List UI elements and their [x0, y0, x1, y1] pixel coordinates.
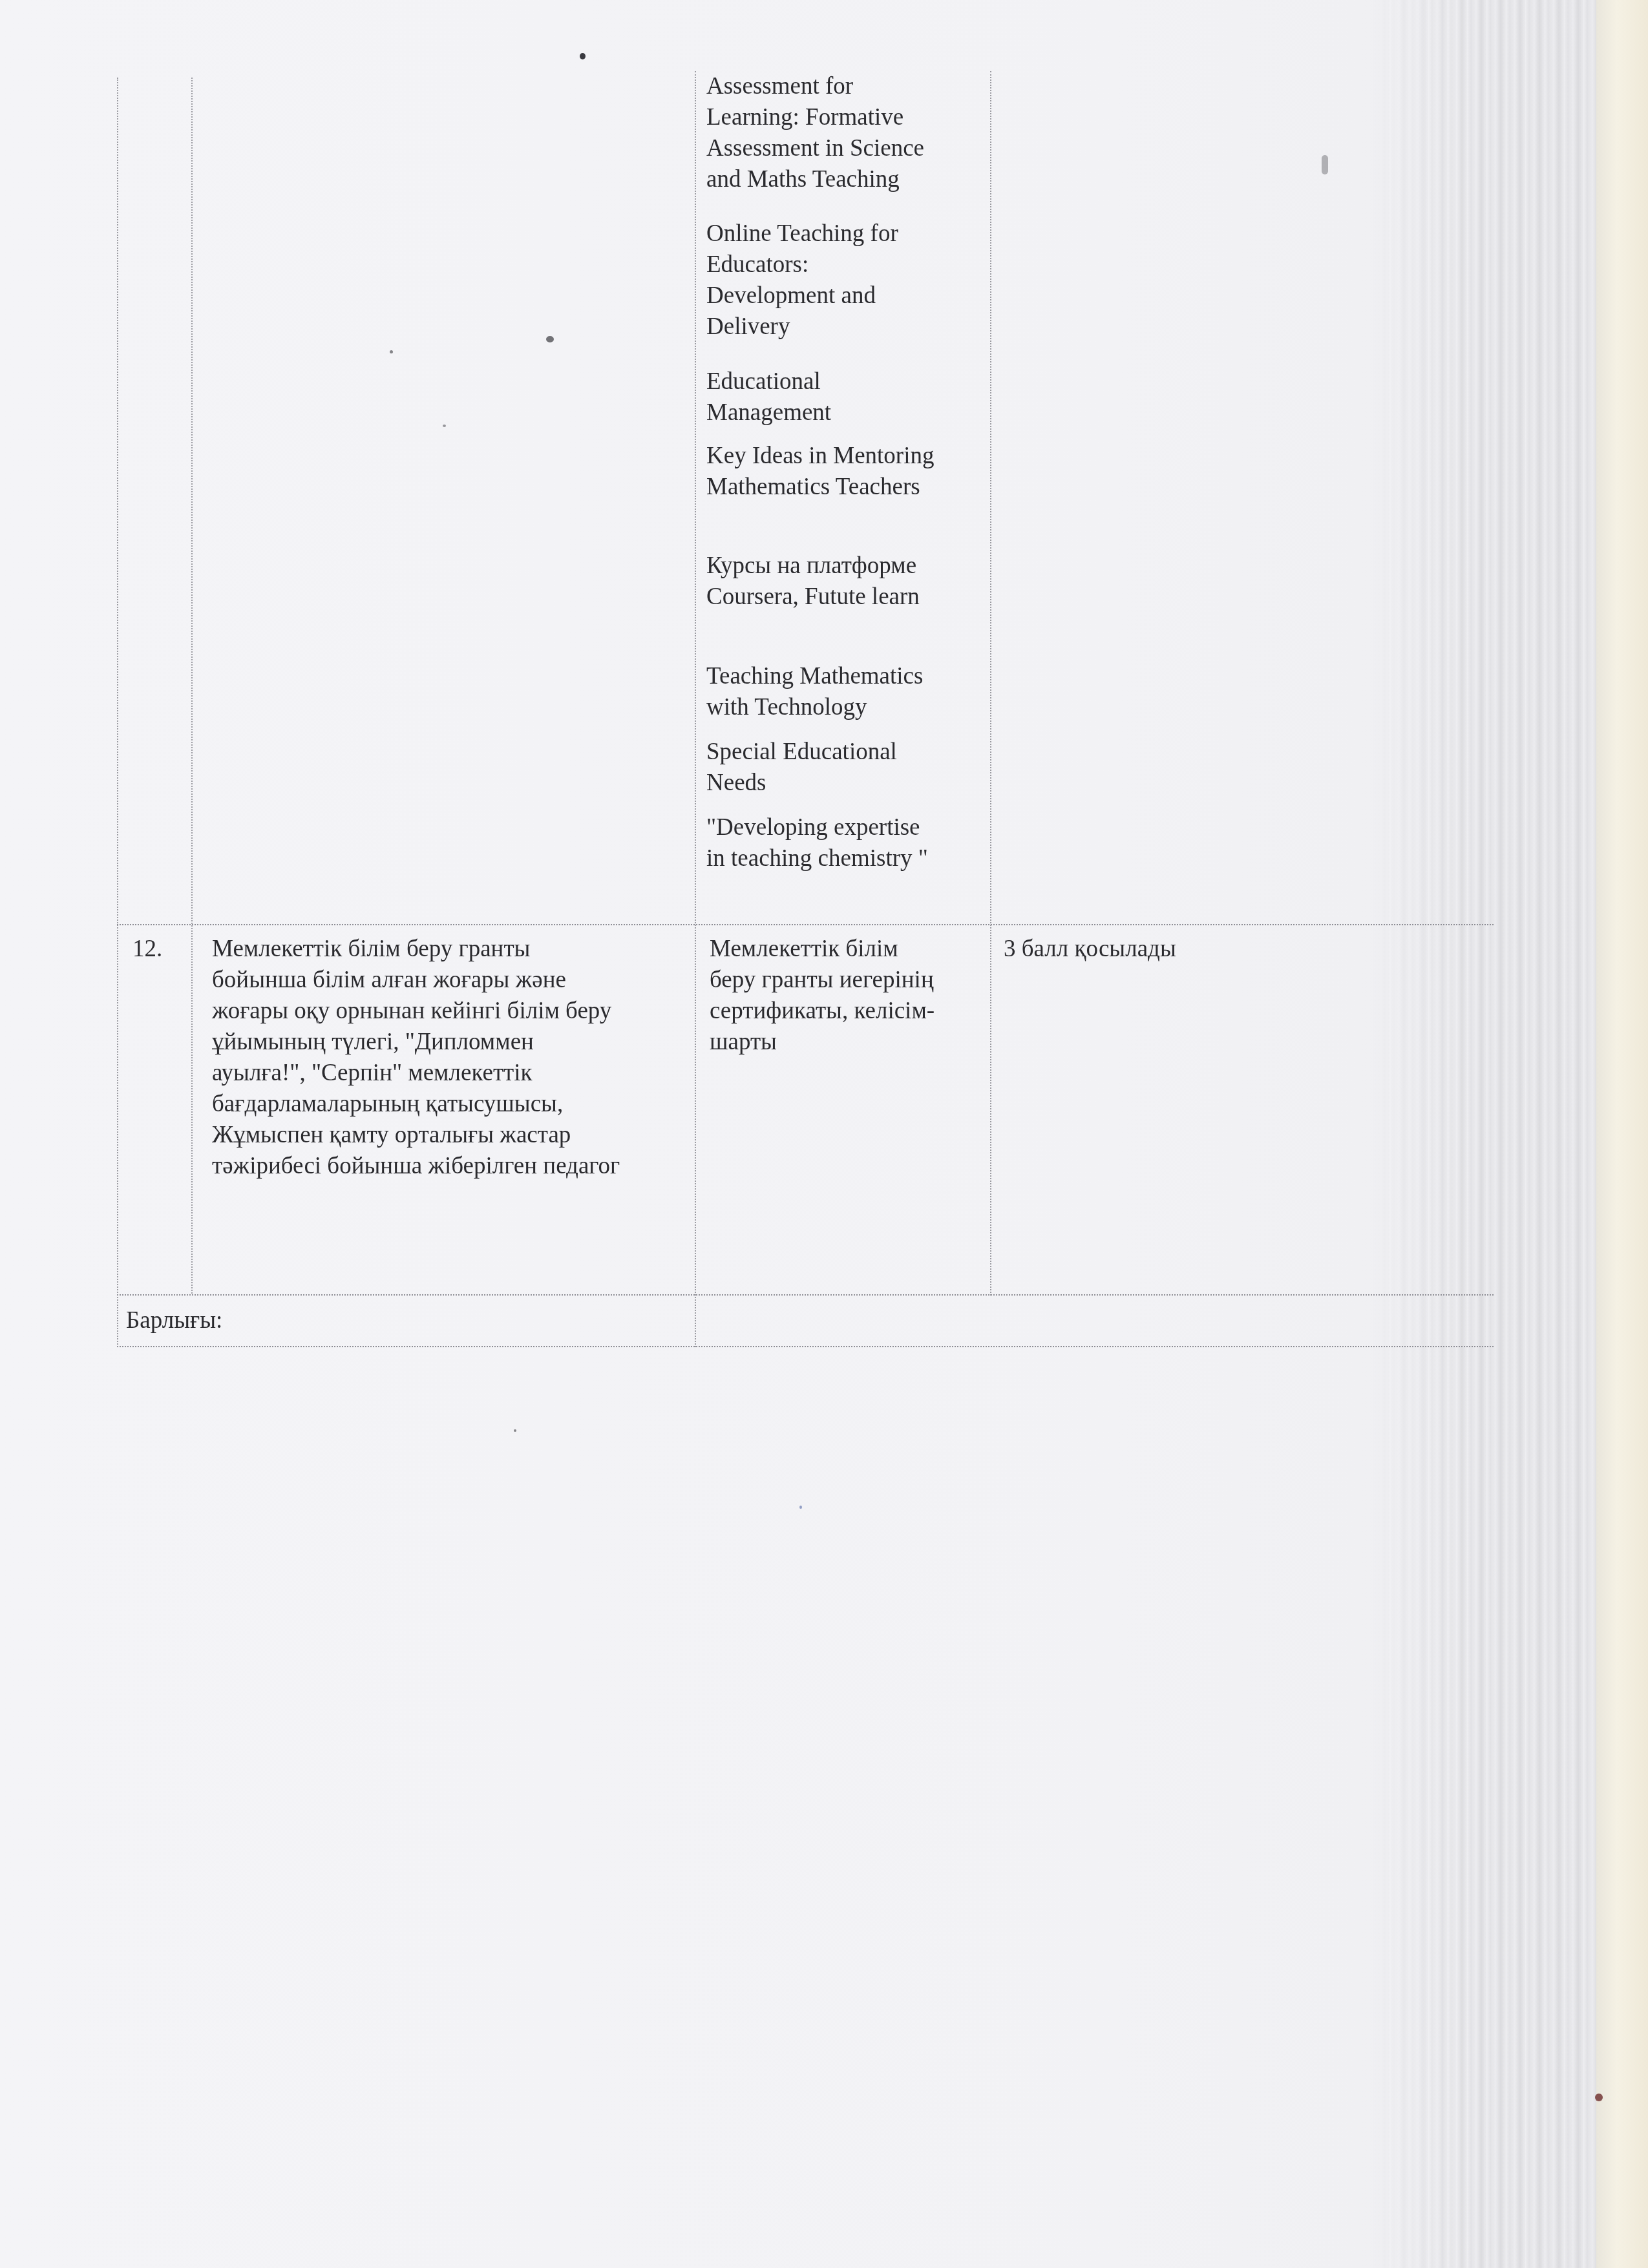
course-item: Курсы на платформе Coursera, Futute lear… — [706, 551, 920, 613]
criterion-text: Мемлекеттік білім беру гранты бойынша бі… — [212, 934, 690, 1182]
points-text: 3 балл қосылады — [1004, 934, 1176, 965]
evidence-text: Мемлекеттік білім беру гранты иегерінің … — [710, 934, 988, 1058]
course-item: "Developing expertise in teaching chemis… — [706, 812, 928, 874]
course-item: Online Teaching for Educators: Developme… — [706, 218, 898, 342]
total-label: Барлығы: — [126, 1305, 222, 1336]
row-number: 12. — [132, 934, 162, 965]
scan-speck — [799, 1506, 802, 1509]
scan-edge-strip — [1596, 0, 1648, 2268]
row-divider-total-top — [117, 1294, 1494, 1296]
scan-speck — [580, 53, 586, 59]
scan-speck — [546, 336, 554, 342]
course-item: Teaching Mathematics with Technology — [706, 661, 923, 723]
course-item: Key Ideas in Mentoring Mathematics Teach… — [706, 441, 934, 503]
column-divider-criterion — [695, 71, 696, 1347]
scan-speck — [1595, 2094, 1603, 2101]
course-item: Educational Management — [706, 366, 831, 428]
course-item: Assessment for Learning: Formative Asses… — [706, 71, 924, 195]
scan-speck — [443, 425, 446, 427]
course-item: Special Educational Needs — [706, 737, 897, 799]
table-border-bottom — [117, 1346, 1494, 1347]
scan-speck — [514, 1429, 516, 1432]
row-divider-12-top — [117, 924, 1494, 925]
column-divider-evidence — [990, 71, 991, 1296]
table-border-left — [117, 78, 118, 1347]
scan-speck — [1322, 155, 1328, 174]
scan-speck — [390, 350, 393, 353]
column-divider-number — [191, 78, 193, 1294]
